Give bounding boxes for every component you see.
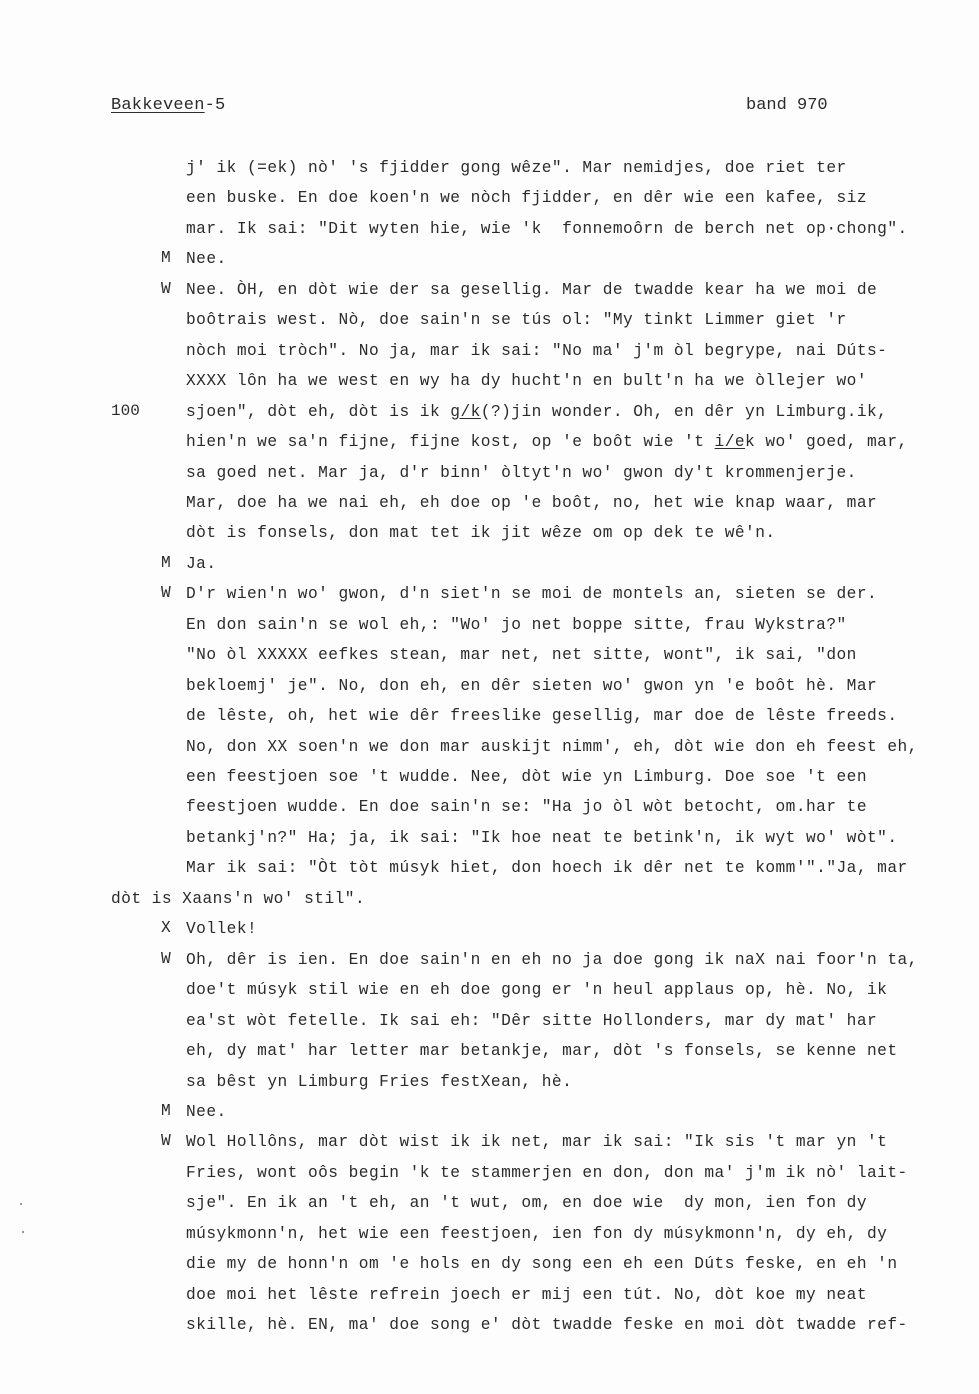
transcript-line: Vollek! xyxy=(186,919,257,939)
transcript-line: doe't músyk stil wie en eh doe gong er '… xyxy=(186,980,887,1000)
speaker-label: W xyxy=(161,950,171,968)
typewritten-transcript-page: Bakkeveen-5 band 970 j' ik (=ek) nò' 's … xyxy=(0,0,979,1394)
transcript-line: Nee. xyxy=(186,249,227,269)
speaker-label: M xyxy=(161,554,171,572)
speaker-label: W xyxy=(161,584,171,602)
transcript-line: Oh, dêr is ien. En doe sain'n en eh no j… xyxy=(186,950,918,970)
transcript-line: hien'n we sa'n fijne, fijne kost, op 'e … xyxy=(186,432,908,452)
underlined-uncertain-reading: g/k xyxy=(450,403,481,421)
transcript-line: een buske. En doe koen'n we nòch fjidder… xyxy=(186,188,867,208)
margin-line-number: 100 xyxy=(111,402,140,420)
transcript-line: sa goed net. Mar ja, d'r binn' òltyt'n w… xyxy=(186,463,857,483)
transcript-line: Mar ik sai: "Òt tòt músyk hiet, don hoec… xyxy=(186,858,908,878)
transcript-line: Fries, wont oôs begin 'k te stammerjen e… xyxy=(186,1163,908,1183)
transcript-line: Wol Hollôns, mar dòt wist ik ik net, mar… xyxy=(186,1132,887,1152)
transcript-line: Nee. xyxy=(186,1102,227,1122)
transcript-line: boôtrais west. Nò, doe sain'n se tús ol:… xyxy=(186,310,847,330)
speaker-label: M xyxy=(161,249,171,267)
transcript-line: sje". En ik an 't eh, an 't wut, om, en … xyxy=(186,1193,867,1213)
transcript-line: No, don XX soen'n we don mar auskijt nim… xyxy=(186,737,918,757)
transcript-line: eh, dy mat' har letter mar betankje, mar… xyxy=(186,1041,898,1061)
underlined-uncertain-reading: i/e xyxy=(715,433,746,451)
transcript-line: bekloemj' je". No, don eh, en dêr sieten… xyxy=(186,676,877,696)
band-number: band 970 xyxy=(746,96,828,115)
location-name: Bakkeveen xyxy=(111,96,205,115)
speaker-label: W xyxy=(161,1132,171,1150)
transcript-line: ea'st wòt fetelle. Ik sai eh: "Dêr sitte… xyxy=(186,1011,877,1031)
transcript-line: sa bêst yn Limburg Fries festXean, hè. xyxy=(186,1072,572,1092)
transcript-line: skille, hè. EN, ma' doe song e' dòt twad… xyxy=(186,1315,908,1335)
transcript-line: En don sain'n se wol eh,: "Wo' jo net bo… xyxy=(186,615,847,635)
speaker-label: M xyxy=(161,1102,171,1120)
transcript-line: j' ik (=ek) nò' 's fjidder gong wêze". M… xyxy=(186,158,847,178)
transcript-line: doe moi het lêste refrein joech er mij e… xyxy=(186,1285,867,1305)
transcript-line: een feestjoen soe 't wudde. Nee, dòt wie… xyxy=(186,767,867,787)
transcript-line: D'r wien'n wo' gwon, d'n siet'n se moi d… xyxy=(186,584,877,604)
speaker-label: W xyxy=(161,280,171,298)
transcript-line: feestjoen wudde. En doe sain'n se: "Ha j… xyxy=(186,797,867,817)
document-location-header: Bakkeveen-5 xyxy=(111,96,225,115)
transcript-line: de lêste, oh, het wie dêr freeslike gese… xyxy=(186,706,898,726)
transcript-line: Nee. ÒH, en dòt wie der sa gesellig. Mar… xyxy=(186,280,877,300)
location-suffix: -5 xyxy=(205,96,226,115)
scan-speck xyxy=(20,1203,22,1205)
transcript-line: dòt is Xaans'n wo' stil". xyxy=(111,889,365,909)
transcript-line: XXXX lôn ha we west en wy ha dy hucht'n … xyxy=(186,371,867,391)
transcript-line: Ja. xyxy=(186,554,217,574)
transcript-line: mar. Ik sai: "Dit wyten hie, wie 'k fonn… xyxy=(186,219,908,239)
scan-speck xyxy=(22,1231,24,1233)
transcript-line: "No òl XXXXX eefkes stean, mar net, net … xyxy=(186,645,857,665)
transcript-line: Mar, doe ha we nai eh, eh doe op 'e boôt… xyxy=(186,493,877,513)
speaker-label: X xyxy=(161,919,171,937)
transcript-line: die my de honn'n om 'e hols en dy song e… xyxy=(186,1254,898,1274)
transcript-line: betankj'n?" Ha; ja, ik sai: "Ik hoe neat… xyxy=(186,828,898,848)
transcript-line: dòt is fonsels, don mat tet ik jit wêze … xyxy=(186,523,776,543)
transcript-line: nòch moi tròch". No ja, mar ik sai: "No … xyxy=(186,341,887,361)
transcript-line: músykmonn'n, het wie een feestjoen, ien … xyxy=(186,1224,887,1244)
transcript-line: sjoen", dòt eh, dòt is ik g/k(?)jin wond… xyxy=(186,402,887,422)
